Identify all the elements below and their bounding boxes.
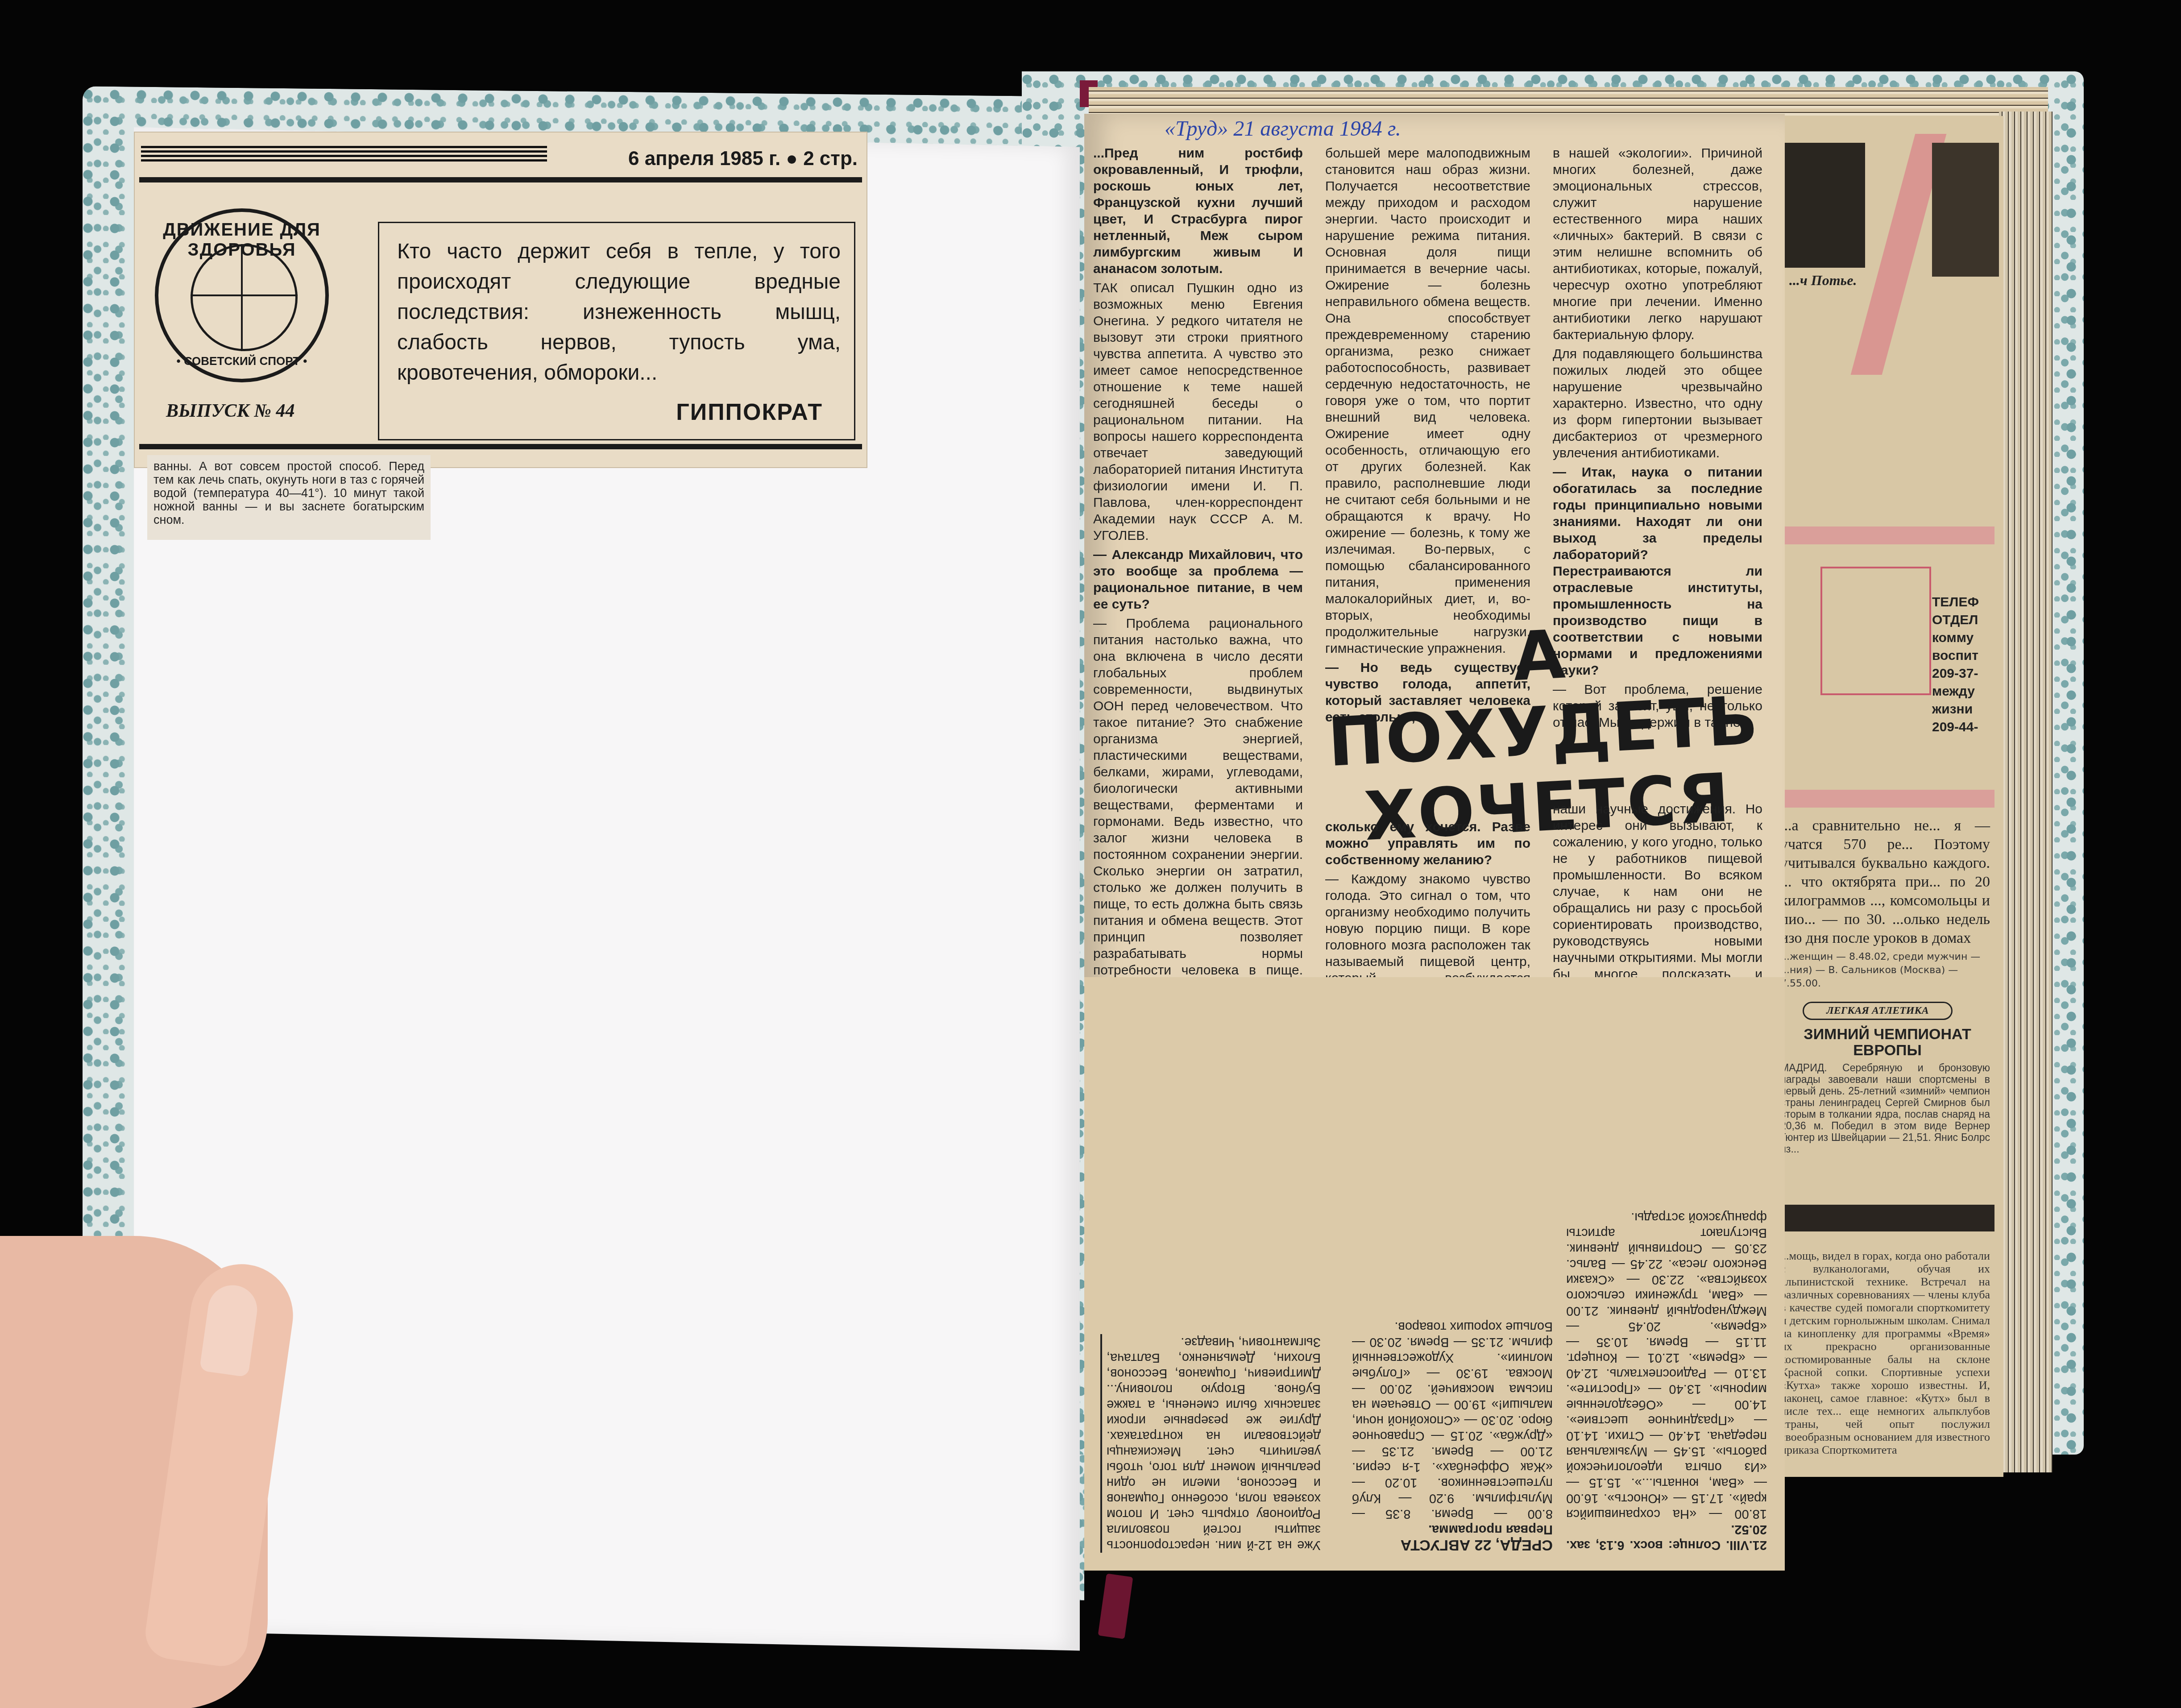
header-stripes (141, 146, 547, 162)
interview-question: сколько ему хочется. Разве можно управля… (1325, 819, 1530, 868)
quote-author: ГИППОКРАТ (676, 399, 823, 426)
article-paragraph: в нашей «экологии». Причиной многих боле… (1553, 145, 1762, 343)
clipping-date: 6 апреля 1985 г. ● 2 стр. (628, 148, 858, 170)
bookmark-ribbon[interactable] (1098, 1574, 1133, 1639)
sport-article-text: МАДРИД. Серебряную и бронзовую награды з… (1780, 1062, 1990, 1155)
emblem-divider-v (241, 244, 243, 351)
program-label: Первая программа. (1352, 1521, 1553, 1537)
tv-column: 21.VIII. Солнце: восх. 6.13, зах. 20.52.… (1566, 1209, 1767, 1553)
phone-entry: 209-37- (1932, 665, 1979, 683)
foot-bath-note: ванны. А вот совсем простой способ. Пере… (147, 455, 431, 540)
alpine-club-article: ...мощь, видел в горах, когда оно работа… (1780, 1249, 1990, 1456)
health-clipping: 6 апреля 1985 г. ● 2 стр. ДВИЖЕНИЕ ДЛЯ З… (134, 132, 867, 468)
tv-listings-clipping: СРЕДА, 22 АВГУСТА Первая программа. 8.00… (1084, 977, 1785, 1571)
underlying-clipping: ...ч Потье. ТЕЛЕФ ОТДЕЛ комму воспит 209… (1780, 116, 2003, 1477)
phone-entry: между (1932, 683, 1979, 701)
divider-bar (139, 444, 862, 449)
school-article-text: ...а сравнительно не... я — учатся 570 р… (1780, 817, 1990, 948)
sport-section-label: ЛЕГКАЯ АТЛЕТИКА (1803, 1002, 1953, 1020)
tv-listings-rotated: СРЕДА, 22 АВГУСТА Первая программа. 8.00… (1084, 977, 1785, 1571)
phone-entry: жизни (1932, 701, 1979, 718)
article-paragraph: большей мере малоподвижным становится на… (1325, 145, 1530, 657)
phone-heading: ТЕЛЕФ (1932, 593, 1979, 611)
page-stack-edges[interactable] (1999, 112, 2052, 1472)
tv-date-header: СРЕДА, 22 АВГУСТА (1352, 1537, 1553, 1553)
football-report-column: Уже на 12-й мин. нерасторопность защиты … (1100, 1334, 1321, 1553)
phone-entry: комму (1932, 629, 1979, 647)
phone-entry: 209-44- (1932, 718, 1979, 736)
movement-for-health-emblem: ДВИЖЕНИЕ ДЛЯ ЗДОРОВЬЯ • СОВЕТСКИЙ СПОРТ … (155, 208, 329, 382)
article-paragraph: ТАК описал Пушкин одно из возможных меню… (1093, 280, 1303, 544)
article-paragraph: — Проблема рационального питания настоль… (1093, 615, 1303, 1012)
newspaper-photo (1932, 143, 1999, 277)
phone-entry: воспит (1932, 647, 1979, 665)
handwritten-source-note: «Труд» 21 августа 1984 г. (1165, 116, 1401, 141)
tv-column: СРЕДА, 22 АВГУСТА Первая программа. 8.00… (1352, 1318, 1553, 1553)
red-stamp-bar (1780, 526, 1994, 544)
quote-text: Кто часто держит себя в тепле, у того пр… (397, 236, 841, 388)
dark-print-bar (1780, 1205, 1994, 1231)
divider-bar (139, 177, 862, 182)
phone-heading: ОТДЕЛ (1932, 611, 1979, 629)
tv-schedule: 8.00 — Время. 8.35 — Мультфильм. 9.20 — … (1352, 1318, 1553, 1521)
race-results: ...женщин — 8.48.02, среди мужчин — ...н… (1780, 950, 1990, 991)
sport-headline: ЗИМНИЙ ЧЕМПИОНАТ ЕВРОПЫ (1794, 1026, 1981, 1058)
quote-box: Кто часто держит себя в тепле, у того пр… (378, 222, 855, 440)
tv-schedule: 18.00 — «На сохранившийся край». 17.15 —… (1566, 1209, 1767, 1521)
emblem-divider-h (191, 294, 298, 296)
epigraph: ...Пред ним ростбиф окровавленный, И трю… (1093, 145, 1303, 277)
red-stamp-bar (1780, 790, 1994, 808)
red-stamp-illustration (1820, 567, 1931, 695)
photo-caption: ...ч Потье. (1789, 272, 1857, 289)
issue-number: ВЫПУСК № 44 (166, 400, 295, 422)
emblem-inner-circle (191, 244, 298, 351)
sun-info: 21.VIII. Солнце: восх. 6.13, зах. 20.52. (1566, 1521, 1767, 1553)
emblem-subtitle: • СОВЕТСКИЙ СПОРТ • (158, 354, 325, 368)
interview-question: — Александр Михайлович, что это вообще з… (1093, 547, 1303, 613)
newspaper-photo (1780, 143, 1865, 268)
phone-directory-block: ТЕЛЕФ ОТДЕЛ комму воспит 209-37- между ж… (1932, 593, 1979, 736)
article-paragraph: Для подавляющего большинства пожилых люд… (1553, 346, 1762, 461)
